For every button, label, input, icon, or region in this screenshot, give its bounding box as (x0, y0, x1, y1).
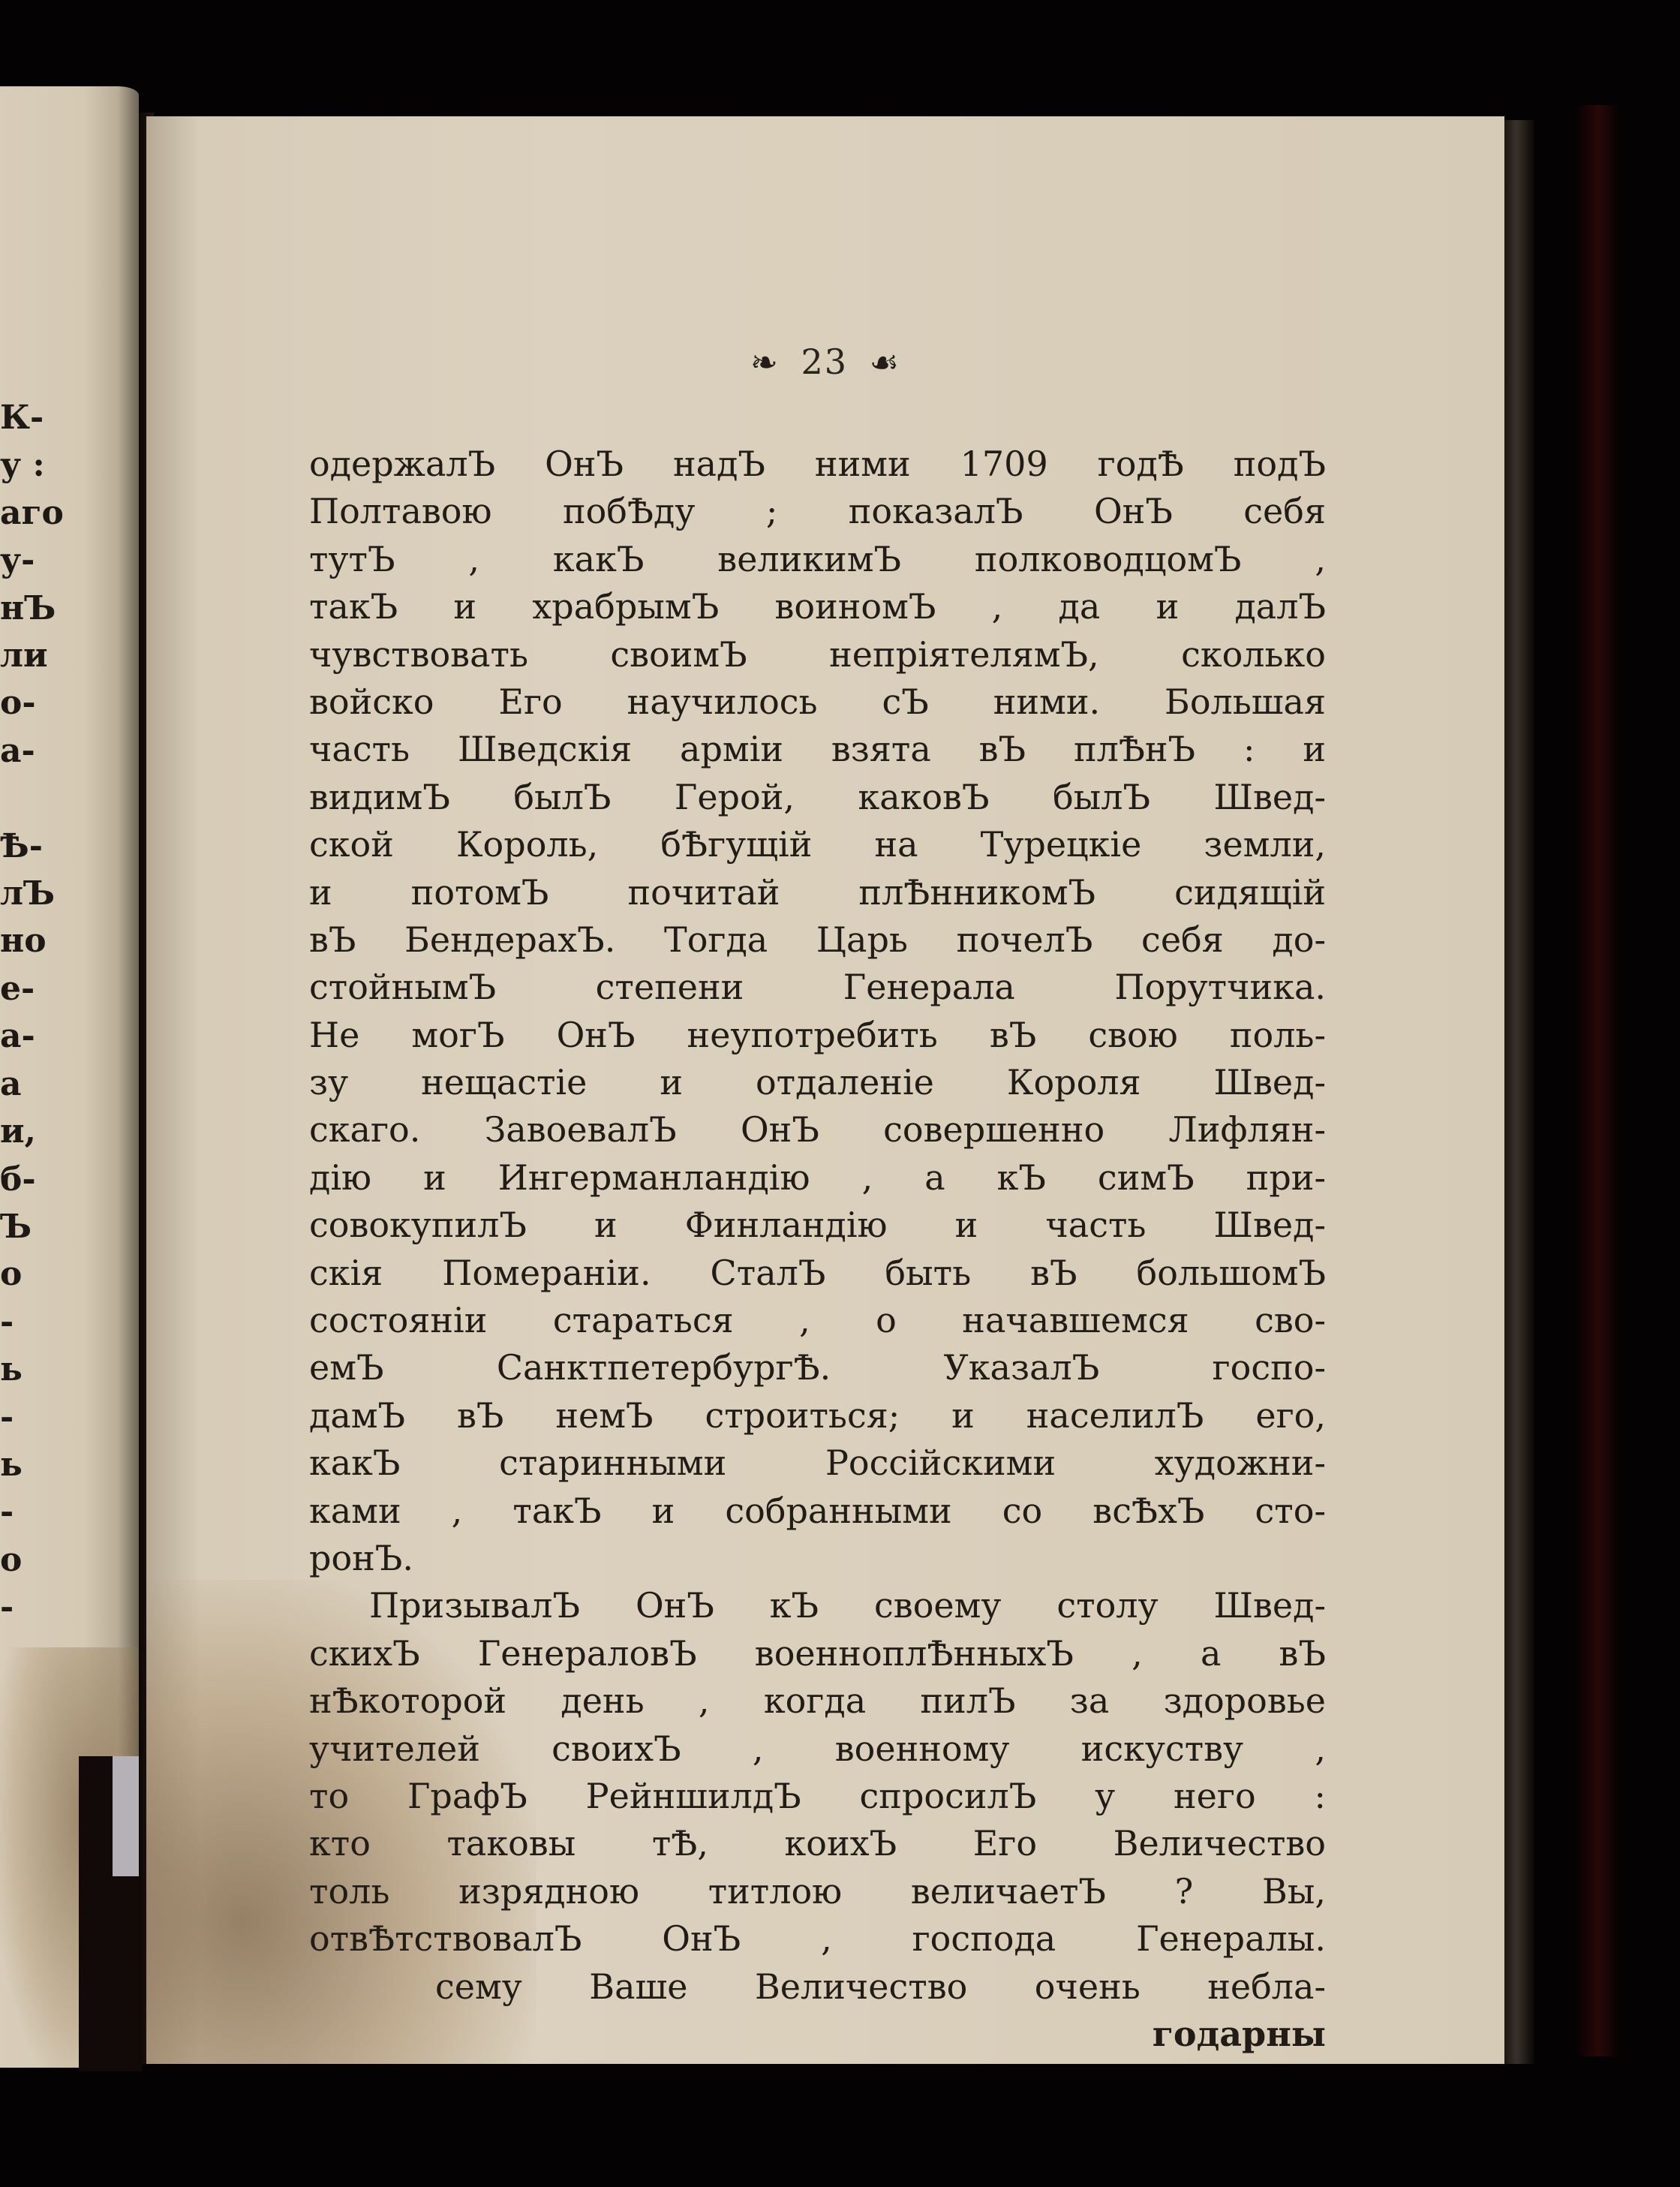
text-line: сему Ваше Величество очень небла- (309, 1963, 1326, 2011)
text-line: скія Помераніи. СталЪ быть вЪ большомЪ (309, 1250, 1326, 1297)
page-edge (1504, 120, 1534, 2064)
text-line: видимЪ былЪ Герой, каковЪ былЪ Швед- (309, 774, 1326, 821)
text-line: одержалЪ ОнЪ надЪ ними 1709 годѢ подЪ (309, 441, 1326, 488)
catchword: годарны (309, 2011, 1326, 2058)
text-line: зу нещастіе и отдаленіе Короля Швед- (309, 1059, 1326, 1106)
text-line: какЪ старинными Россійскими художни- (309, 1439, 1326, 1487)
page-header: ❧ 23 ☙ (146, 341, 1504, 382)
text-line: состояніи стараться , о начавшемся сво- (309, 1297, 1326, 1344)
text-line: Полтавою побѢду ; показалЪ ОнЪ себя (309, 488, 1326, 535)
text-line: и потомЪ почитай плѢнникомЪ сидящій (309, 869, 1326, 916)
ornament-left-icon: ❧ (750, 344, 780, 382)
text-line: толь изрядною титлою величаетЪ ? Вы, (309, 1868, 1326, 1915)
text-line: стойнымЪ степени Генерала Порутчика. (309, 964, 1326, 1011)
text-line: ской Король, бѢгущій на Турецкіе земли, (309, 821, 1326, 868)
text-line: скихЪ ГенераловЪ военноплѢнныхЪ , а вЪ (309, 1630, 1326, 1677)
text-line: дамЪ вЪ немЪ строиться; и населилЪ его, (309, 1392, 1326, 1439)
text-line: дію и Ингерманландію , а кЪ симЪ при- (309, 1154, 1326, 1202)
page-number: 23 (801, 341, 848, 382)
text-line: ронЪ. (309, 1535, 1326, 1582)
text-line: кто таковы тѢ, коихЪ Его Величество (309, 1820, 1326, 1867)
text-line: тутЪ , какЪ великимЪ полководцомЪ , (309, 536, 1326, 583)
text-line: емЪ СанктпетербургѢ. УказалЪ госпо- (309, 1344, 1326, 1391)
ornament-right-icon: ☙ (870, 344, 900, 382)
text-line: нѢкоторой день , когда пилЪ за здоровье (309, 1677, 1326, 1725)
text-line: учителей своихЪ , военному искуству , (309, 1725, 1326, 1773)
paragraph-start-line: ПризывалЪ ОнЪ кЪ своему столу Швед- (309, 1582, 1326, 1629)
text-line: ками , такЪ и собранными со всѢхЪ сто- (309, 1488, 1326, 1535)
left-page-text-fragments: К- у : аго у- нЪ ли о- а- Ѣ- лЪ но е- а-… (0, 394, 75, 1632)
body-text: одержалЪ ОнЪ надЪ ними 1709 годѢ подЪ По… (309, 441, 1326, 2058)
text-line: отвѢтствовалЪ ОнЪ , господа Генералы. (309, 1915, 1326, 1963)
ink-stain (469, 2060, 694, 2064)
text-line: совокупилЪ и Финландію и часть Швед- (309, 1202, 1326, 1249)
text-line: вЪ БендерахЪ. Тогда Царь почелЪ себя до- (309, 916, 1326, 964)
text-line: такЪ и храбрымЪ воиномЪ , да и далЪ (309, 583, 1326, 630)
text-line: часть Шведскія арміи взята вЪ плѢнЪ : и (309, 726, 1326, 773)
right-page: ❧ 23 ☙ одержалЪ ОнЪ надЪ ними 1709 годѢ … (146, 116, 1504, 2064)
text-line: скаго. ЗавоевалЪ ОнЪ совершенно Лифлян- (309, 1106, 1326, 1154)
text-line: войско Его научилось сЪ ними. Большая (309, 678, 1326, 726)
book-binding (1576, 105, 1621, 2056)
text-line: то ГрафЪ РейншилдЪ спросилЪ у него : (309, 1773, 1326, 1820)
text-line: чувствовать своимЪ непріятелямЪ, сколько (309, 631, 1326, 678)
text-line: Не могЪ ОнЪ неупотребить вЪ свою поль- (309, 1012, 1326, 1059)
